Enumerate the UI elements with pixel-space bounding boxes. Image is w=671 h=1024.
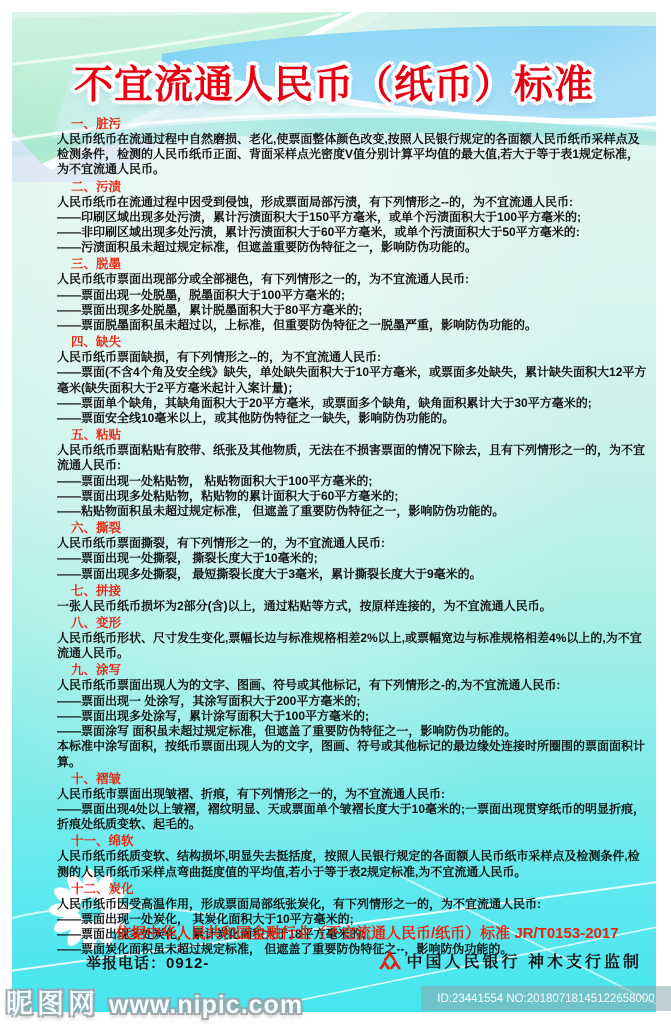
section-body: 人民币纸币票面缺损，有下列情形之--的，为不宜流通人民币:——票面(不含4个角及…	[57, 350, 651, 426]
section-paragraph: 人民币纸币在流通过程中因受到侵蚀，形成票面局部污渍，有下列情形之--的，为不宜流…	[57, 195, 651, 210]
section-body: 人民币纸币票面出现人为的文字、图画、符号或其他标记，有下列情形之-的,为不宜流通…	[57, 678, 651, 769]
section-paragraph: 人民币纸市票面出现部分或全部褪色，有下列情形之一的，为不宜流通人民币:	[57, 272, 651, 287]
watermark-id-text: ID:23441554 NO:20180718145122658000	[437, 993, 654, 1005]
section-paragraph: ——票面出现一处撕裂， 撕裂长度大于10毫米的;	[57, 551, 651, 566]
standard-section: 三、脱墨 人民币纸市票面出现部分或全部褪色，有下列情形之一的，为不宜流通人民币:…	[57, 256, 651, 333]
section-paragraph: ——票面出现一 处涂写，其涂写面积大于200平方毫米的;	[57, 694, 651, 709]
section-paragraph: ——非印刷区域出现多处污渍，累计污渍面积大于60平方毫米，或单个污渍面积大于50…	[57, 225, 651, 240]
section-heading: 八、变形	[57, 615, 651, 631]
poster-title: 不宜流通人民币（纸币）标准	[12, 54, 656, 110]
watermark-site-url: www.nipic.com	[109, 991, 303, 1020]
standard-section: 十一、绵软 人民币纸币纸质变软、结构损坏,明显失去挺括度，按照人民银行规定的各面…	[57, 833, 651, 879]
section-paragraph: ——粘贴物面积虽未超过规定标准， 但遮盖了重要防伪特征之一，影响防伪功能的。	[57, 504, 651, 519]
section-paragraph: 人民币纸币纸质变软、结构损坏,明显失去挺括度，按照人民银行规定的各面额人民币纸市…	[57, 849, 651, 879]
standard-section: 二、污渍 人民币纸币在流通过程中因受到侵蚀，形成票面局部污渍，有下列情形之--的…	[57, 179, 651, 256]
screenshot-root: { "title": "不宜流通人民币（纸币）标准", "sections": …	[0, 0, 671, 1024]
section-paragraph: 一张人民币纸币损坏为2部分(含)以上，通过粘贴等方式，按原样连接的，为不宜流通人…	[57, 599, 651, 614]
section-paragraph: 人民币纸币因受高温作用，形成票面局部纸张炭化，有下列情形之一的，为不宜流通人民币…	[57, 897, 651, 912]
section-heading: 七、拼接	[57, 583, 651, 599]
section-body: 人民币纸币形状、尺寸发生变化,票幅长边与标准规格相差2%以上,或票幅宽边与标准规…	[57, 631, 651, 661]
issuer-text: 中国人民银行 神木支行监制	[407, 949, 642, 972]
standard-basis-line: 依据中华人民共和国金融行业（不宜流通人民币/纸币）标准 JR/T0153-201…	[116, 922, 656, 943]
section-body: 人民币纸币纸质变软、结构损坏,明显失去挺括度，按照人民银行规定的各面额人民币纸市…	[57, 849, 651, 879]
standard-section: 四、缺失 人民币纸币票面缺损，有下列情形之--的，为不宜流通人民币:——票面(不…	[57, 334, 651, 426]
section-paragraph: 人民币纸币在流通过程中自然磨损、老化,使票面整体颜色改变,按照人民银行规定的各面…	[57, 132, 651, 178]
section-paragraph: 人民币纸币票面出现人为的文字、图画、符号或其他标记，有下列情形之-的,为不宜流通…	[57, 678, 651, 693]
section-paragraph: 人民币纸币票面撕裂，有下列情形之一的，为不宜流通人民币:	[57, 536, 651, 551]
section-paragraph: ——印刷区域出现多处污渍，累计污渍面积大于150平方毫米，或单个污渍面积大于10…	[57, 210, 651, 225]
section-heading: 三、脱墨	[57, 256, 651, 272]
section-paragraph: ——票面出现多处脱墨，累计脱墨面积大于80平方毫米的;	[57, 303, 651, 318]
section-paragraph: ——票面出现多处涂写，累计涂写面积大于100平方毫米的;	[57, 709, 651, 724]
section-heading: 九、涂写	[57, 662, 651, 678]
section-paragraph: ——票面脱墨面积虽未超过以，上标准，但重要防伪特征之一脱墨严重，影响防伪功能的。	[57, 318, 651, 333]
watermark-id-band: ID:23441554 NO:20180718145122658000	[421, 986, 671, 1011]
section-paragraph: ——票面出现多处撕裂， 最短撕裂长度大于3毫米，累计撕裂长度大于9毫米的。	[57, 567, 651, 582]
section-paragraph: 人民币纸币形状、尺寸发生变化,票幅长边与标准规格相差2%以上,或票幅宽边与标准规…	[57, 631, 651, 661]
section-heading: 十二、炭化	[57, 881, 651, 897]
section-paragraph: 人民币纸币票面粘贴有胶带、纸张及其他物质，无法在不损害票面的情况下除去，且有下列…	[57, 443, 651, 473]
section-paragraph: ——票面出现一处脱墨，脱墨面积大于100平方毫米的;	[57, 288, 651, 303]
standard-section: 九、涂写 人民币纸币票面出现人为的文字、图画、符号或其他标记，有下列情形之-的,…	[57, 662, 651, 769]
section-body: 人民币纸币票面撕裂，有下列情形之一的，为不宜流通人民币:——票面出现一处撕裂， …	[57, 536, 651, 582]
poster: 不宜流通人民币（纸币）标准 一、脏污 人民币纸币在流通过程中自然磨损、老化,使票…	[12, 12, 656, 1012]
section-paragraph: ——票面出现多处粘贴物，粘贴物的累计面积大于60平方毫米的;	[57, 489, 651, 504]
issuer-line: 中国人民银行 神木支行监制	[379, 949, 642, 972]
section-body: 人民币纸市票面出现部分或全部褪色，有下列情形之一的，为不宜流通人民币:——票面出…	[57, 272, 651, 333]
section-heading: 六、撕裂	[57, 520, 651, 536]
section-body: 人民币纸币在流通过程中因受到侵蚀，形成票面局部污渍，有下列情形之--的，为不宜流…	[57, 195, 651, 256]
section-body: 人民币纸市票面出现皱褶、折痕，有下列情形之一的，为不宜流通人民币:——票面出现4…	[57, 787, 651, 833]
section-paragraph: ——污渍面积虽未超过规定标准，但遮盖重要防伪特征之一，影响防伪功能的。	[57, 240, 651, 255]
report-hotline: 举报电话：0912-	[86, 952, 209, 973]
section-heading: 一、脏污	[57, 116, 651, 132]
section-body: 一张人民币纸币损坏为2部分(含)以上，通过粘贴等方式，按原样连接的，为不宜流通人…	[57, 599, 651, 614]
standard-section: 一、脏污 人民币纸币在流通过程中自然磨损、老化,使票面整体颜色改变,按照人民银行…	[57, 116, 651, 178]
standard-section: 八、变形 人民币纸币形状、尺寸发生变化,票幅长边与标准规格相差2%以上,或票幅宽…	[57, 615, 651, 661]
standard-section: 七、拼接 一张人民币纸币损坏为2部分(含)以上，通过粘贴等方式，按原样连接的，为…	[57, 583, 651, 614]
standard-section: 十、褶皱 人民币纸市票面出现皱褶、折痕，有下列情形之一的，为不宜流通人民币:——…	[57, 771, 651, 833]
watermark-nipic: 昵图网 www.nipic.com	[6, 982, 303, 1021]
watermark-site-name: 昵图网	[6, 982, 99, 1021]
section-heading: 四、缺失	[57, 334, 651, 350]
section-paragraph: ——票面出现4处以上皱褶，褶纹明显、天或票面单个皱褶长度大于10毫米的;一票面出…	[57, 802, 651, 832]
standard-section: 十二、炭化 人民币纸币因受高温作用，形成票面局部纸张炭化，有下列情形之一的，为不…	[57, 881, 651, 958]
standard-section: 六、撕裂 人民币纸币票面撕裂，有下列情形之一的，为不宜流通人民币:——票面出现一…	[57, 520, 651, 582]
section-heading: 五、粘贴	[57, 427, 651, 443]
section-heading: 二、污渍	[57, 179, 651, 195]
section-paragraph: 本标准中涂写面积，按纸币票面出现人为的文字，图画、符号或其他标记的最边缘处连接时…	[57, 739, 651, 769]
section-paragraph: 人民币纸市票面出现皱褶、折痕，有下列情形之一的，为不宜流通人民币:	[57, 787, 651, 802]
section-paragraph: ——票面安全线10毫米以上，或其他防伪特征之一缺失，影响防伪功能的。	[57, 411, 651, 426]
section-heading: 十一、绵软	[57, 833, 651, 849]
section-paragraph: ——票面出现一处粘贴物， 粘贴物面积大于100平方毫米的;	[57, 474, 651, 489]
section-paragraph: ——票面单个缺角，其缺角面积大于20平方毫米，或票面多个缺角，缺角面积累计大于3…	[57, 396, 651, 411]
pbc-logo-icon	[379, 950, 401, 972]
sections: 一、脏污 人民币纸币在流通过程中自然磨损、老化,使票面整体颜色改变,按照人民银行…	[57, 115, 651, 958]
section-body: 人民币纸币票面粘贴有胶带、纸张及其他物质，无法在不损害票面的情况下除去，且有下列…	[57, 443, 651, 519]
section-body: 人民币纸币在流通过程中自然磨损、老化,使票面整体颜色改变,按照人民银行规定的各面…	[57, 132, 651, 178]
section-paragraph: 人民币纸币票面缺损，有下列情形之--的，为不宜流通人民币:	[57, 350, 651, 365]
standard-section: 五、粘贴 人民币纸币票面粘贴有胶带、纸张及其他物质，无法在不损害票面的情况下除去…	[57, 427, 651, 519]
section-paragraph: ——票面涂写 面积虽未超过规定标准，但遮盖了重要防伪特征之一，影响防伪功能的。	[57, 724, 651, 739]
section-paragraph: ——票面(不含4个角及安全线》缺失，单处缺失面积大于10平方毫米，或票面多处缺失…	[57, 365, 651, 395]
section-heading: 十、褶皱	[57, 771, 651, 787]
